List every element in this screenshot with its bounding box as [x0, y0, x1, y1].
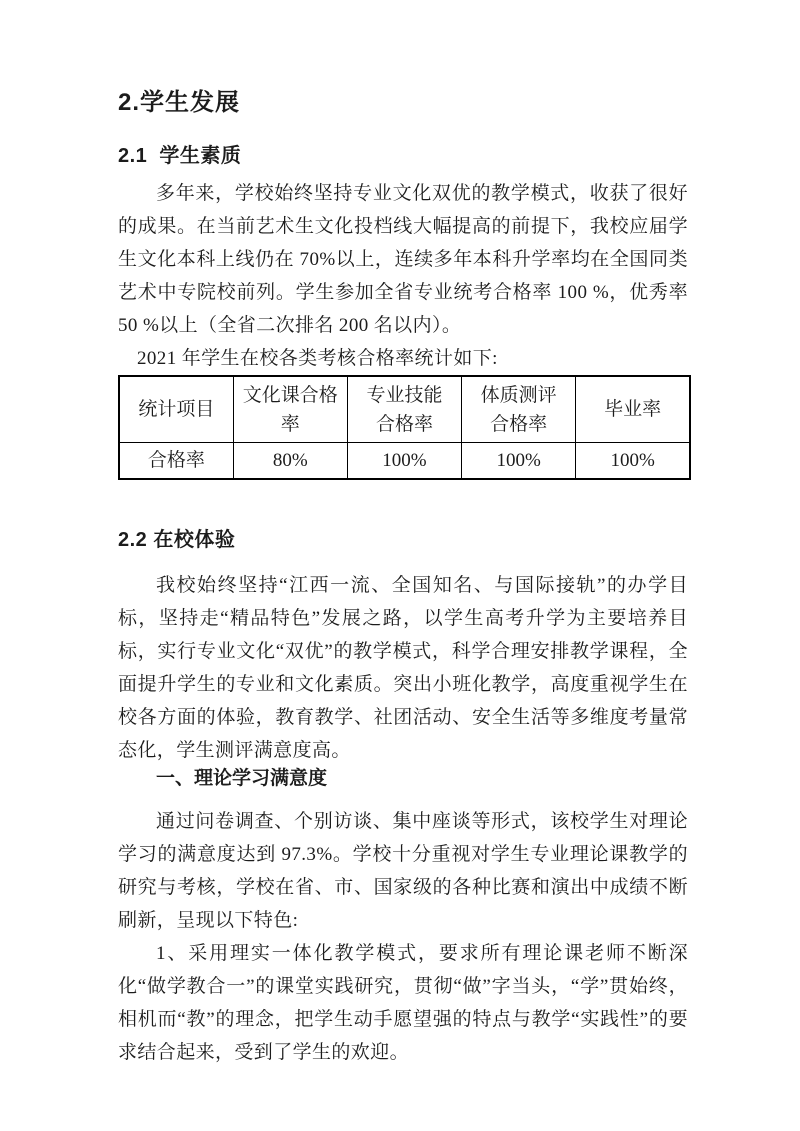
- cell-row-label: 合格率: [119, 443, 233, 480]
- pass-rate-table-body: 合格率 80% 100% 100% 100%: [119, 443, 690, 480]
- table-intro-text: 2021 年学生在校各类考核合格率统计如下:: [118, 342, 688, 375]
- header-cell-graduation-rate: 毕业率: [576, 376, 690, 443]
- document-page: 2.学生发展 2.1 学生素质 多年来，学校始终坚持专业文化双优的教学模式，收获…: [0, 0, 800, 1131]
- paragraph-student-quality: 多年来，学校始终坚持专业文化双优的教学模式，收获了很好的成果。在当前艺术生文化投…: [118, 177, 688, 342]
- header-cell-culture-pass-rate: 文化课合格率: [233, 376, 347, 443]
- subheading-theory-satisfaction: 一、理论学习满意度: [156, 767, 688, 791]
- cell-culture-value: 80%: [233, 443, 347, 480]
- cell-graduation-value: 100%: [576, 443, 690, 480]
- table-header-row: 统计项目 文化课合格率 专业技能 合格率 体质测评 合格率 毕业率: [119, 376, 690, 443]
- section-heading-school-experience: 2.2 在校体验: [118, 528, 688, 553]
- table-row: 合格率 80% 100% 100% 100%: [119, 443, 690, 480]
- paragraph-school-experience: 我校始终坚持“江西一流、全国知名、与国际接轨”的办学目标，坚持走“精品特色”发展…: [118, 569, 688, 767]
- cell-skill-value: 100%: [347, 443, 461, 480]
- cell-fitness-value: 100%: [462, 443, 576, 480]
- header-cell-skill-pass-rate: 专业技能 合格率: [347, 376, 461, 443]
- pass-rate-table-header: 统计项目 文化课合格率 专业技能 合格率 体质测评 合格率 毕业率: [119, 376, 690, 443]
- paragraph-theory-satisfaction-1: 通过问卷调查、个别访谈、集中座谈等形式，该校学生对理论学习的满意度达到 97.3…: [118, 805, 688, 937]
- page-title: 2.学生发展: [118, 88, 688, 118]
- section-heading-student-quality: 2.1 学生素质: [118, 144, 688, 169]
- header-cell-statistic-item: 统计项目: [119, 376, 233, 443]
- paragraph-theory-satisfaction-2: 1、采用理实一体化教学模式，要求所有理论课老师不断深化“做学教合一”的课堂实践研…: [118, 937, 688, 1069]
- header-cell-fitness-pass-rate: 体质测评 合格率: [462, 376, 576, 443]
- pass-rate-table: 统计项目 文化课合格率 专业技能 合格率 体质测评 合格率 毕业率 合格率 80…: [118, 375, 691, 480]
